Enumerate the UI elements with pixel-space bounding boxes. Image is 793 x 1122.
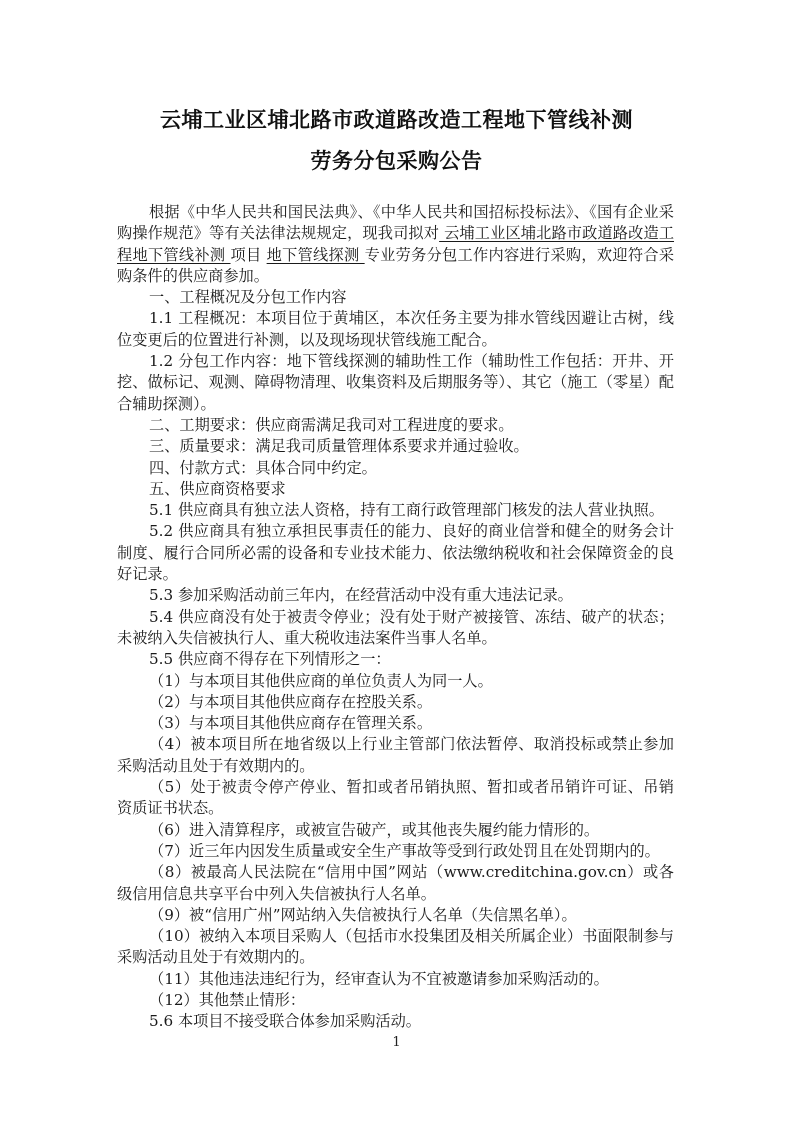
list-item-1: （1）与本项目其他供应商的单位负责人为同一人。	[117, 671, 674, 692]
section-heading-5: 五、供应商资格要求	[117, 479, 674, 500]
paragraph-5-2: 5.2 供应商具有独立承担民事责任的能力、良好的商业信誉和健全的财务会计制度、履…	[117, 521, 674, 585]
section-heading-1: 一、工程概况及分包工作内容	[117, 287, 674, 308]
page-number: 1	[0, 1035, 793, 1050]
list-item-2: （2）与本项目其他供应商存在控股关系。	[117, 692, 674, 713]
paragraph-5-5: 5.5 供应商不得存在下列情形之一：	[117, 649, 674, 670]
list-item-5: （5）处于被责令停产停业、暂扣或者吊销执照、暂扣或者吊销许可证、吊销资质证书状态…	[117, 777, 674, 820]
list-item-8: （8）被最高人民法院在“信用中国”网站（www.creditchina.gov.…	[117, 862, 674, 905]
list-item-11: （11）其他违法违纪行为，经审查认为不宜被邀请参加采购活动的。	[117, 969, 674, 990]
intro-text-part2: 项目	[231, 246, 267, 264]
paragraph-5-4: 5.4 供应商没有处于被责令停业；没有处于财产被接管、冻结、破产的状态；未被纳入…	[117, 607, 674, 650]
paragraph-1-2: 1.2 分包工作内容：地下管线探测的辅助性工作（辅助性工作包括：开井、开挖、做标…	[117, 351, 674, 415]
list-item-4: （4）被本项目所在地省级以上行业主管部门依法暂停、取消投标或禁止参加采购活动且处…	[117, 734, 674, 777]
paragraph-5-3: 5.3 参加采购活动前三年内，在经营活动中没有重大违法记录。	[117, 585, 674, 606]
section-heading-4: 四、付款方式：具体合同中约定。	[117, 458, 674, 479]
document-page: 云埔工业区埔北路市政道路改造工程地下管线补测 劳务分包采购公告 根据《中华人民共…	[0, 0, 793, 1122]
paragraph-1-1: 1.1 工程概况：本项目位于黄埔区，本次任务主要为排水管线因避让古树，线位变更后…	[117, 308, 674, 351]
document-body: 根据《中华人民共和国民法典》、《中华人民共和国招标投标法》、《国有企业采购操作规…	[117, 202, 674, 1033]
work-type: 地下管线探测	[267, 246, 365, 264]
document-title-line2: 劳务分包采购公告	[0, 145, 793, 175]
paragraph-5-1: 5.1 供应商具有独立法人资格，持有工商行政管理部门核发的法人营业执照。	[117, 500, 674, 521]
section-heading-3: 三、质量要求：满足我司质量管理体系要求并通过验收。	[117, 436, 674, 457]
list-item-10: （10）被纳入本项目采购人（包括市水投集团及相关所属企业）书面限制参与采购活动且…	[117, 926, 674, 969]
list-item-6: （6）进入清算程序，或被宣告破产，或其他丧失履约能力情形的。	[117, 820, 674, 841]
list-item-12: （12）其他禁止情形：	[117, 990, 674, 1011]
paragraph-5-6: 5.6 本项目不接受联合体参加采购活动。	[117, 1011, 674, 1032]
list-item-3: （3）与本项目其他供应商存在管理关系。	[117, 713, 674, 734]
list-item-7: （7）近三年内因发生质量或安全生产事故等受到行政处罚且在处罚期内的。	[117, 841, 674, 862]
list-item-9: （9）被“信用广州”网站纳入失信被执行人名单（失信黑名单）。	[117, 905, 674, 926]
document-title-line1: 云埔工业区埔北路市政道路改造工程地下管线补测	[0, 104, 793, 134]
section-heading-2: 二、工期要求：供应商需满足我司对工程进度的要求。	[117, 415, 674, 436]
intro-paragraph: 根据《中华人民共和国民法典》、《中华人民共和国招标投标法》、《国有企业采购操作规…	[117, 202, 674, 287]
